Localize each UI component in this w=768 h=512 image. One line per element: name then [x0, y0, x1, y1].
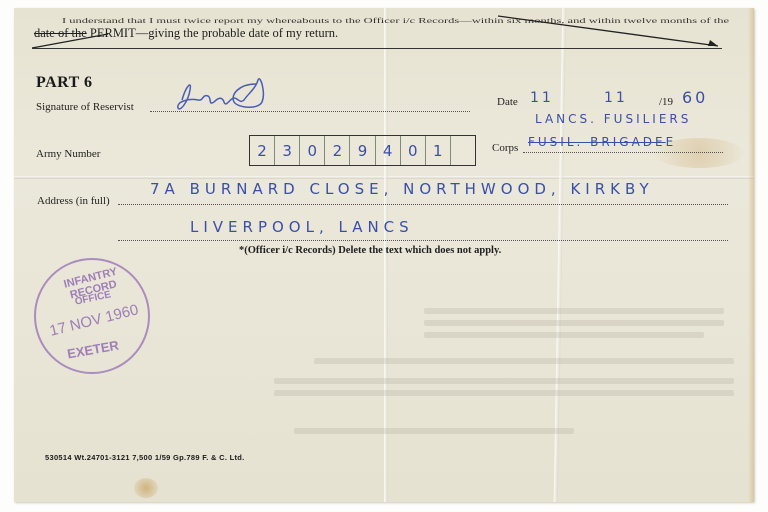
corps-line [523, 152, 723, 153]
corps-value[interactable]: LANCS. FUSILIERS [535, 112, 691, 126]
army-number-digit[interactable]: 9 [350, 136, 375, 165]
struck-text: FUSIL. BRIGADE [528, 135, 666, 149]
address-line-2[interactable]: LIVERPOOL, LANCS [190, 218, 414, 236]
army-number-digit[interactable]: 0 [300, 136, 325, 165]
army-number-digit[interactable] [451, 136, 475, 165]
record-office-stamp: INFANTRY RECORD OFFICE 17 NOV 1960 EXETE… [34, 258, 150, 374]
show-through-text [314, 358, 734, 364]
address-label: Address (in full) [37, 195, 110, 207]
show-through-text [274, 390, 734, 396]
show-through-text [294, 428, 574, 434]
address-line-1[interactable]: 7A BURNARD CLOSE, NORTHWOOD, KIRKBY [150, 180, 654, 198]
deletion-arrow-lines [28, 10, 728, 52]
corps-struck-value: FUSIL. BRIGADEE [528, 135, 676, 149]
show-through-text [424, 332, 704, 338]
corps-struck-suffix: E [666, 135, 677, 149]
army-number-digit[interactable]: 0 [401, 136, 426, 165]
stain [134, 478, 158, 498]
date-year[interactable]: 60 [682, 88, 708, 107]
stamp-city: EXETER [57, 336, 129, 363]
show-through-text [424, 308, 724, 314]
corps-label: Corps [492, 142, 518, 154]
print-code: 530514 Wt.24701-3121 7,500 1/59 Gp.789 F… [45, 453, 245, 462]
address-line-2-rule [118, 240, 728, 241]
army-number-digit[interactable]: 3 [275, 136, 300, 165]
army-number-digit[interactable]: 2 [250, 136, 275, 165]
army-number-digit[interactable]: 4 [376, 136, 401, 165]
army-number-label: Army Number [36, 148, 100, 160]
show-through-text [424, 320, 724, 326]
army-number-digit[interactable]: 2 [325, 136, 350, 165]
show-through-text [274, 378, 734, 384]
address-line-1-rule [118, 204, 728, 205]
signature-label: Signature of Reservist [36, 101, 134, 113]
army-number-box: 2 3 0 2 9 4 0 1 [249, 135, 476, 166]
date-day[interactable]: 11 [530, 90, 554, 106]
part-title: PART 6 [36, 74, 93, 92]
date-label: Date [497, 96, 518, 108]
date-year-prefix: /19 [659, 96, 673, 108]
footnote: *(Officer i/c Records) Delete the text w… [239, 245, 501, 256]
section-rule [32, 48, 722, 49]
date-month[interactable]: 11 [604, 90, 628, 106]
signature-value[interactable]: Sergeant [168, 72, 273, 118]
army-number-digit[interactable]: 1 [426, 136, 451, 165]
